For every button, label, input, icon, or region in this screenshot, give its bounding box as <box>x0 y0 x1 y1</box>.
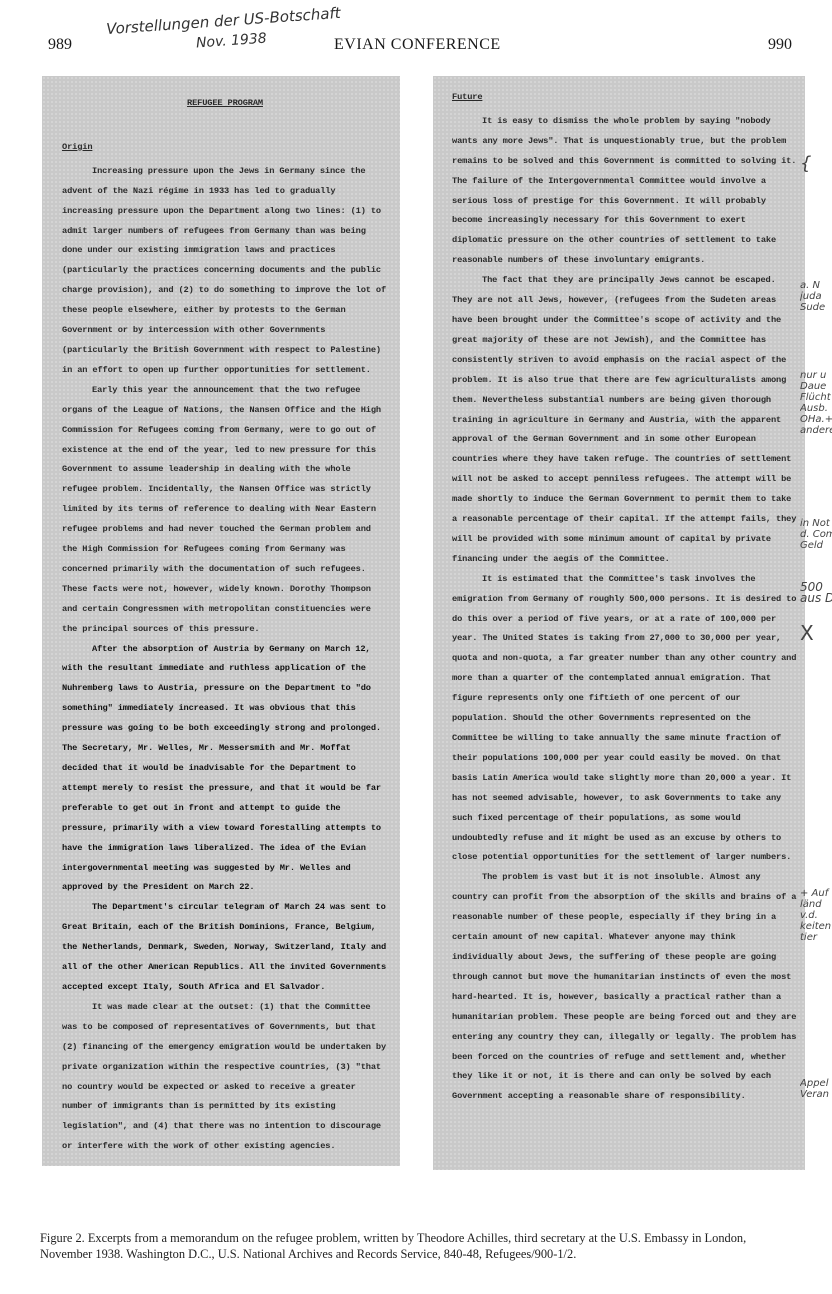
paragraph: It is easy to dismiss the whole problem … <box>452 112 797 271</box>
margin-annotations: { a. N juda Sude nur u Daue Flücht Ausb.… <box>800 0 832 1294</box>
section-heading-future: Future <box>452 88 797 108</box>
paragraph: The Department's circular telegram of Ma… <box>62 898 388 998</box>
memo-page-left: REFUGEE PROGRAM Origin Increasing pressu… <box>42 76 400 1166</box>
paragraph: Early this year the announcement that th… <box>62 381 388 640</box>
figure-caption: Figure 2. Excerpts from a memorandum on … <box>40 1230 800 1262</box>
margin-note: a. N juda Sude <box>800 280 825 313</box>
margin-note: Appel Veran <box>800 1078 829 1100</box>
paragraph: Increasing pressure upon the Jews in Ger… <box>62 162 388 381</box>
section-heading-origin: Origin <box>62 138 388 158</box>
margin-note: X <box>800 628 814 639</box>
margin-note: nur u Daue Flücht Ausb. OHa.+ andere <box>800 370 832 436</box>
paragraph: The problem is vast but it is not insolu… <box>452 868 797 1107</box>
memo-title: REFUGEE PROGRAM <box>62 94 388 114</box>
paragraph: After the absorption of Austria by Germa… <box>62 640 388 899</box>
paragraph: The fact that they are principally Jews … <box>452 271 797 570</box>
margin-note: in Not d. Com Geld <box>800 518 832 551</box>
margin-note: { <box>800 158 811 169</box>
paragraph: It was made clear at the outset: (1) tha… <box>62 998 388 1157</box>
page-number-left: 989 <box>48 36 72 54</box>
margin-note: 500 aus D <box>800 582 832 604</box>
paragraph: It is estimated that the Committee's tas… <box>452 570 797 869</box>
page-number-right: 990 <box>768 36 792 54</box>
running-head: EVIAN CONFERENCE <box>334 36 501 54</box>
margin-note: + Auf länd v.d. keiten tier <box>800 888 831 943</box>
memo-page-right: Future It is easy to dismiss the whole p… <box>433 76 805 1170</box>
handwritten-annotation-date: Nov. 1938 <box>196 32 268 52</box>
